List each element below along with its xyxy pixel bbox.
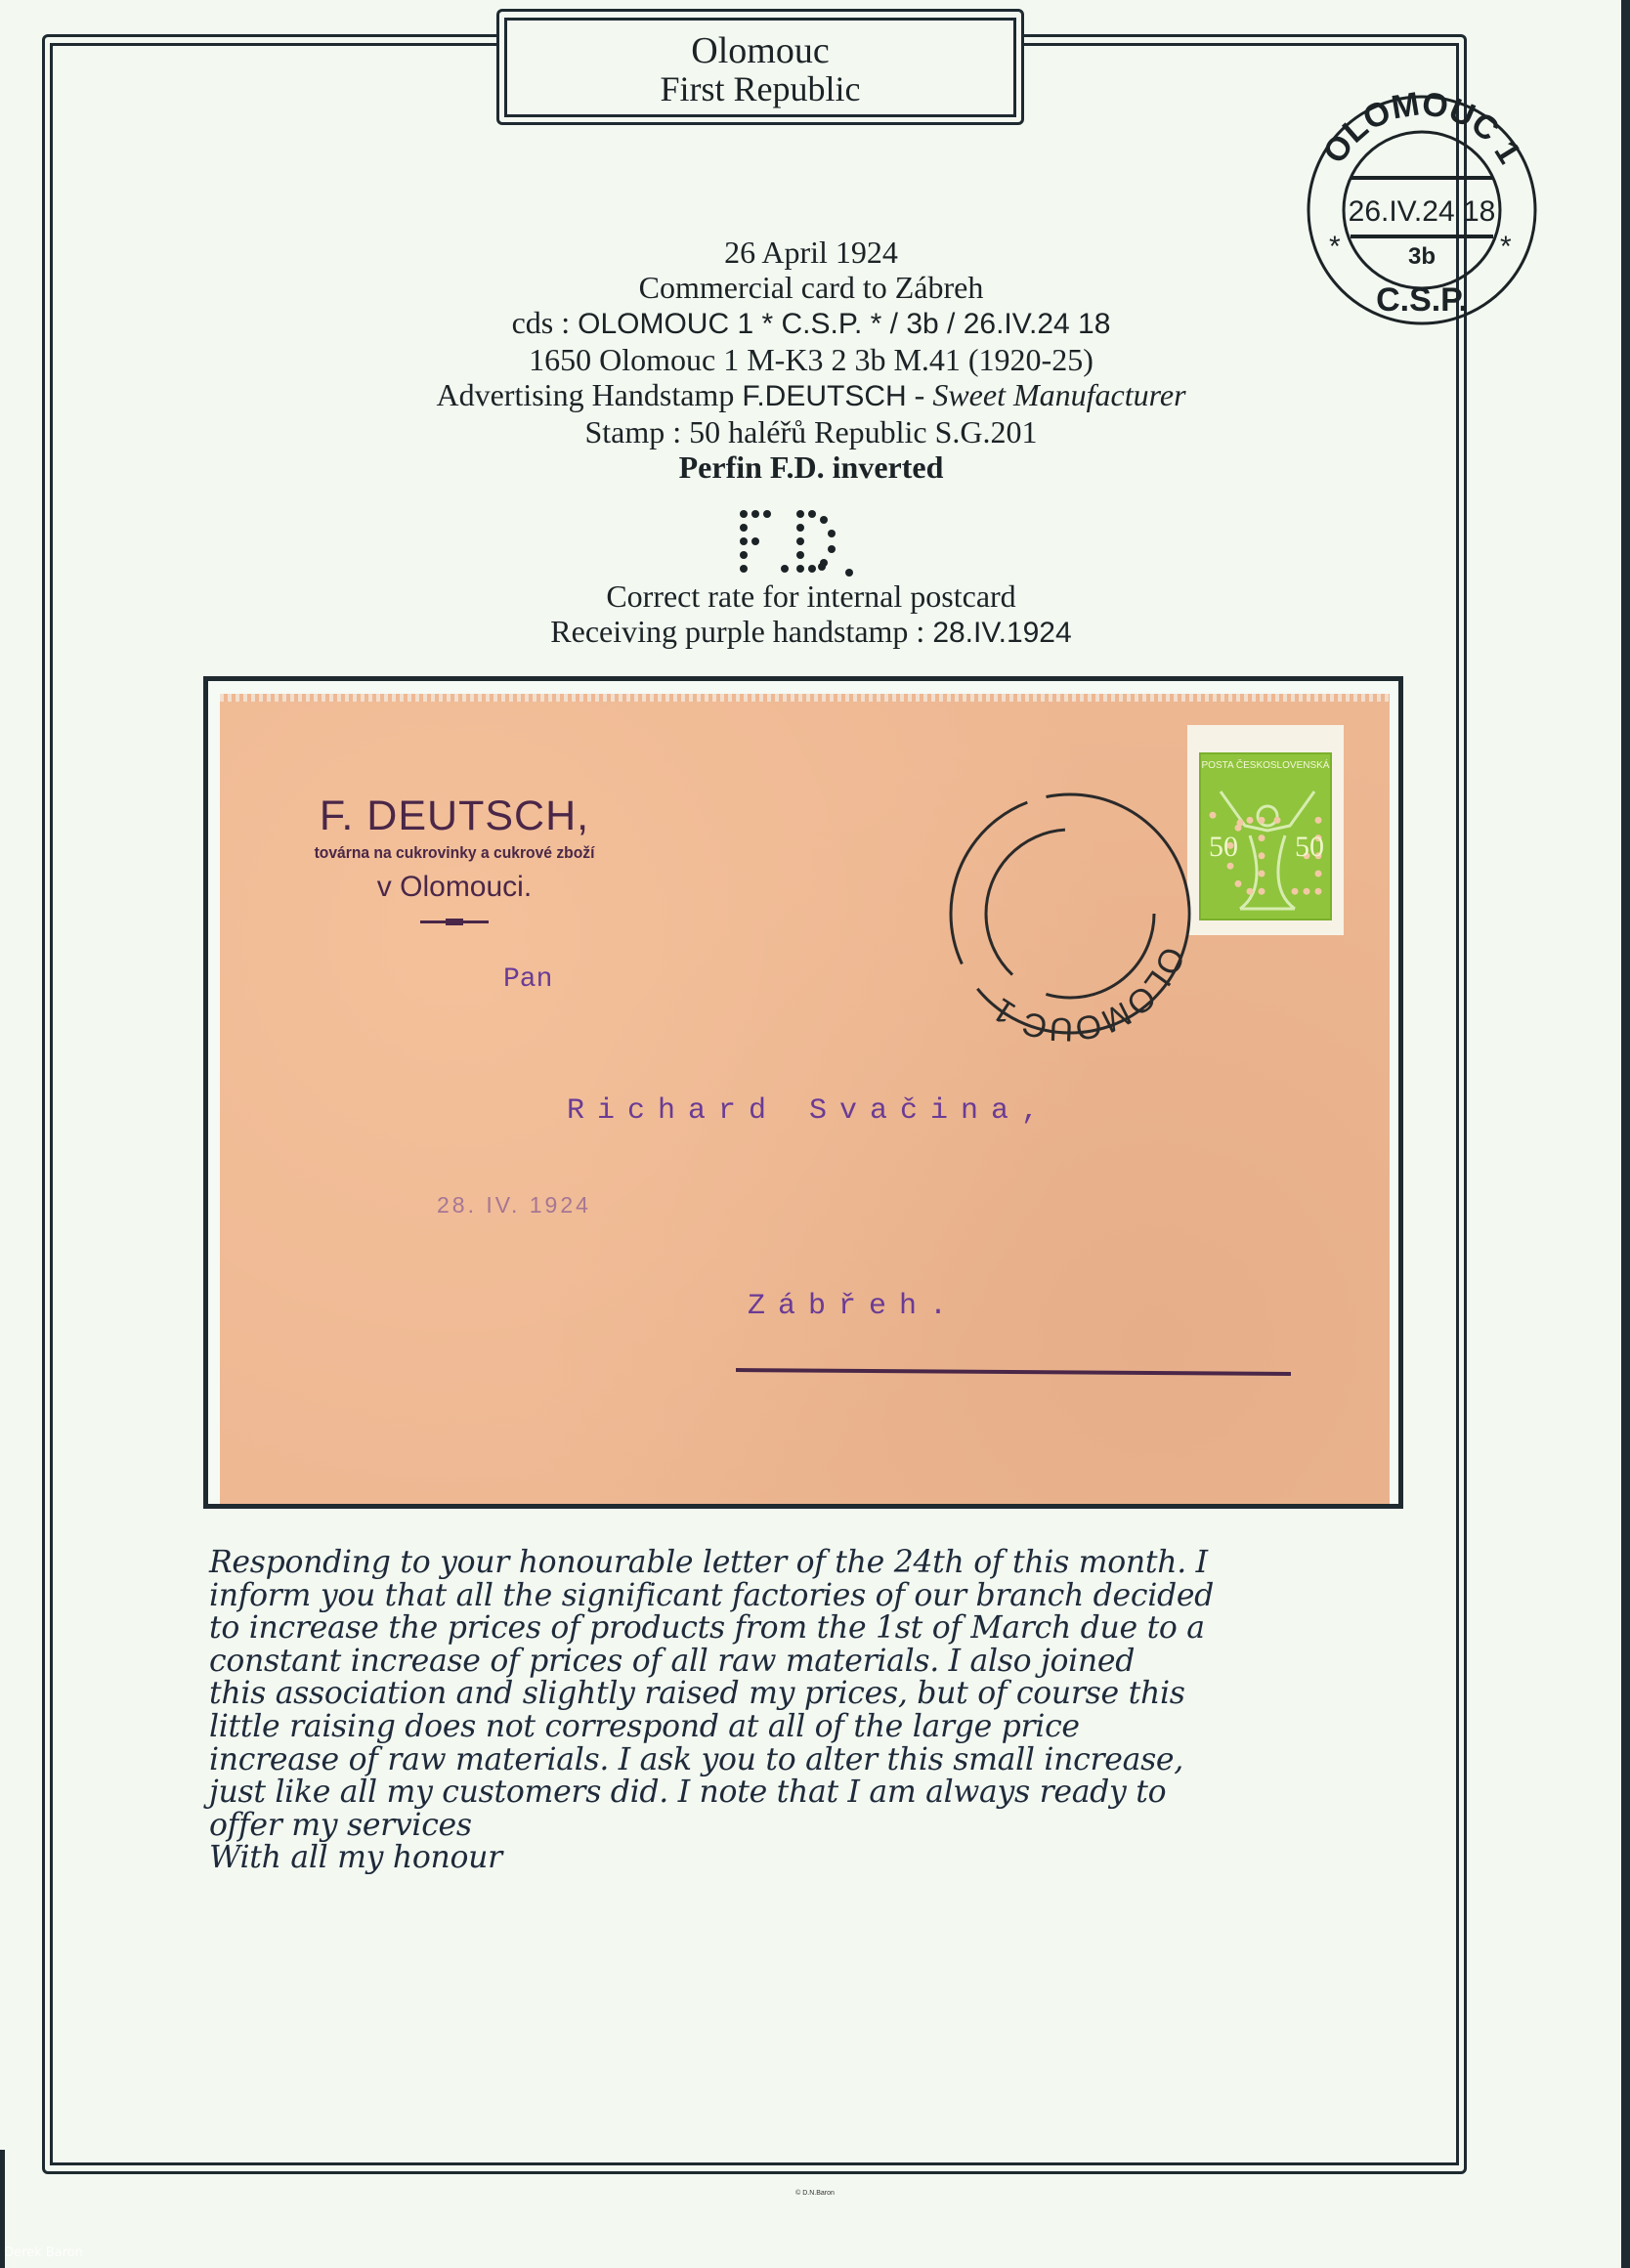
- desc-handstamp: Advertising Handstamp F.DEUTSCH - Sweet …: [225, 377, 1397, 414]
- receiving-date: 28.IV.1924: [932, 617, 1071, 649]
- translation-text: Responding to your honourable letter of …: [209, 1547, 1431, 1875]
- translation-line: to increase the prices of products from …: [209, 1612, 1431, 1646]
- receiving-handstamp: 28. IV. 1924: [437, 1192, 591, 1219]
- handstamp-desc: Sweet Manufacturer: [932, 377, 1185, 412]
- translation-line: just like all my customers did. I note t…: [209, 1776, 1431, 1810]
- postcard: F. DEUTSCH, továrna na cukrovinky a cukr…: [220, 694, 1390, 1504]
- company-city: v Olomouci.: [288, 866, 621, 909]
- company-description: továrna na cukrovinky a cukrové zboží: [302, 840, 608, 866]
- desc-stamp: Stamp : 50 haléřů Republic S.G.201: [225, 414, 1397, 449]
- stamp-design: POSTA ČESKOSLOVENSKÁ 50 50: [1199, 752, 1332, 920]
- desc-item: Commercial card to Zábreh: [225, 270, 1397, 305]
- advertising-handstamp: F. DEUTSCH, továrna na cukrovinky a cukr…: [288, 792, 621, 923]
- postcard-perforated-edge: [220, 694, 1390, 702]
- postmark-code: 3b: [1408, 243, 1436, 270]
- translation-line: Responding to your honourable letter of …: [209, 1547, 1431, 1580]
- stamp-value-left: 50: [1209, 831, 1238, 864]
- translation-line: constant increase of prices of all raw m…: [209, 1646, 1431, 1679]
- cancellation-postmark: OLOMOUC 1: [938, 782, 1202, 1046]
- address-underline: [736, 1368, 1291, 1376]
- desc-receiving: Receiving purple handstamp : 28.IV.1924: [225, 614, 1397, 651]
- perfin-illustration: [736, 508, 873, 581]
- postage-stamp: POSTA ČESKOSLOVENSKÁ 50 50: [1187, 725, 1344, 935]
- stamp-value-right: 50: [1295, 831, 1324, 864]
- translation-line: little raising does not correspond at al…: [209, 1711, 1431, 1744]
- stamp-header: POSTA ČESKOSLOVENSKÁ: [1201, 760, 1330, 771]
- salutation: Pan: [503, 964, 552, 995]
- addressee-name: Richard Svačina,: [567, 1094, 1051, 1128]
- scan-edge-right: [1621, 0, 1630, 2268]
- translation-line: With all my honour: [209, 1842, 1431, 1875]
- postmark-office-text: OLOMOUC 1: [1316, 88, 1528, 170]
- desc-perfin: Perfin F.D. inverted: [225, 449, 1397, 485]
- description-block-2: Correct rate for internal postcard Recei…: [225, 578, 1397, 651]
- desc-catalogue: 1650 Olomouc 1 M-K3 2 3b M.41 (1920-25): [225, 342, 1397, 377]
- cancel-office-text: OLOMOUC 1: [986, 942, 1191, 1046]
- copyright: © D.N.Baron: [0, 2190, 1630, 2197]
- handstamp-name: F.DEUTSCH: [742, 380, 906, 412]
- desc-date: 26 April 1924: [225, 235, 1397, 270]
- company-name: F. DEUTSCH,: [288, 792, 621, 840]
- page-subtitle: First Republic: [507, 69, 1013, 108]
- cds-value: OLOMOUC 1 * C.S.P. * / 3b / 26.IV.24 18: [578, 308, 1110, 340]
- translation-line: inform you that all the significant fact…: [209, 1580, 1431, 1613]
- page-title: Olomouc: [507, 32, 1013, 69]
- translation-line: increase of raw materials. I ask you to …: [209, 1744, 1431, 1777]
- description-block: 26 April 1924 Commercial card to Zábreh …: [225, 235, 1397, 485]
- title-box: Olomouc First Republic: [504, 18, 1016, 117]
- star-icon: *: [1500, 231, 1512, 263]
- translation-line: this association and slightly raised my …: [209, 1678, 1431, 1711]
- desc-rate: Correct rate for internal postcard: [225, 578, 1397, 614]
- desc-cds: cds : OLOMOUC 1 * C.S.P. * / 3b / 26.IV.…: [225, 305, 1397, 342]
- ornament-rule: [420, 920, 489, 923]
- translation-line: offer my services: [209, 1810, 1431, 1843]
- address-city: Zábřeh.: [748, 1290, 960, 1323]
- postmark-date: 26.IV.24 18: [1349, 195, 1496, 228]
- watermark: Derek Baron: [4, 2246, 83, 2260]
